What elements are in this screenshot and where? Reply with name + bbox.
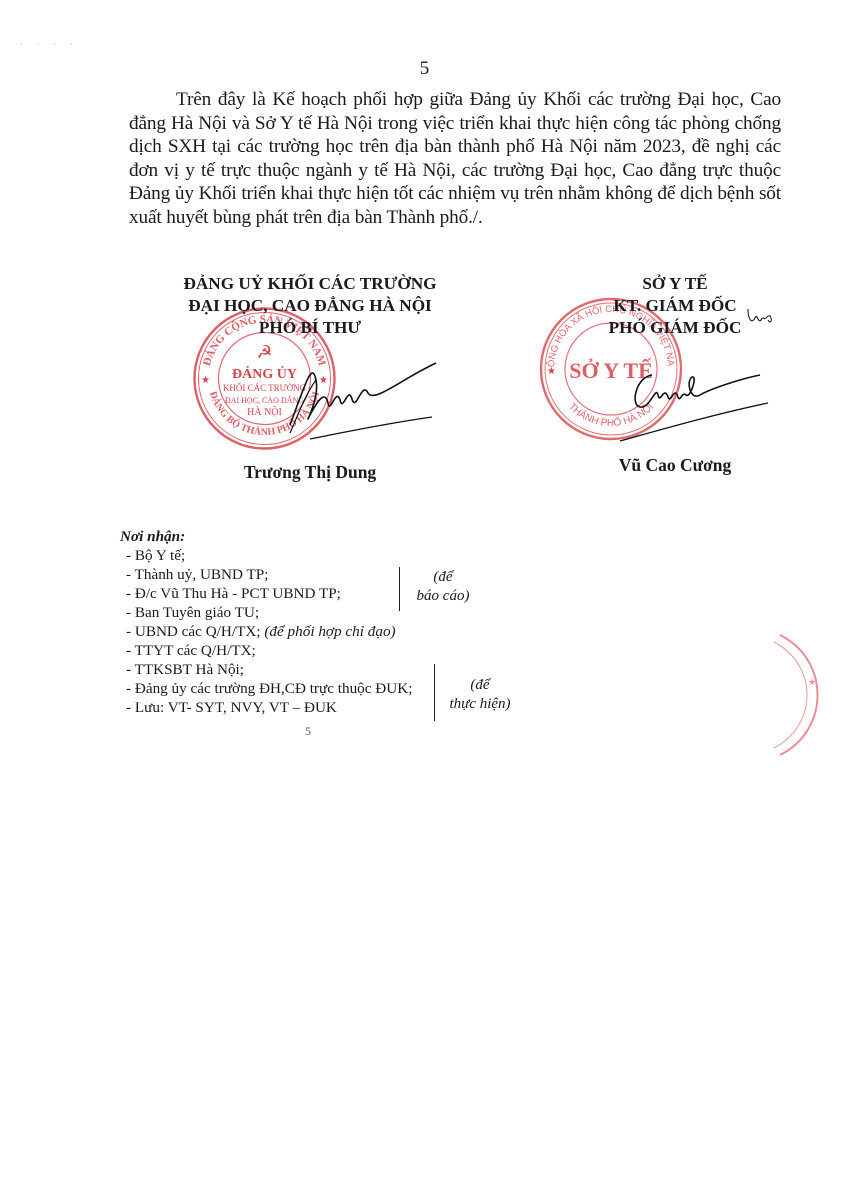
party-committee-signature-block: ĐẢNG UỶ KHỐI CÁC TRƯỜNG ĐẠI HỌC, CAO ĐẲN…	[140, 273, 480, 339]
recipient-item: - Bộ Y tế;	[120, 546, 412, 565]
recipient-item: - Đ/c Vũ Thu Hà - PCT UBND TP;	[120, 584, 412, 603]
group-note-implement: (để thực hiện)	[440, 676, 520, 714]
svg-text:★: ★	[201, 375, 210, 386]
recipient-item: - Thành uỷ, UBND TP;	[120, 565, 412, 584]
recipients-title: Nơi nhận:	[120, 527, 412, 546]
handwritten-signature-right	[600, 355, 770, 445]
handwritten-mark: 5	[305, 724, 311, 739]
handwritten-signature-left	[250, 355, 440, 445]
scan-specks: · · · ·	[20, 40, 79, 49]
recipient-item: - Đảng ủy các trường ĐH,CĐ trực thuộc ĐU…	[120, 679, 412, 698]
recipient-note: (để phối hợp chỉ đạo)	[264, 623, 395, 640]
svg-text:★: ★	[547, 366, 556, 377]
recipient-item: - TTYT các Q/H/TX;	[120, 641, 412, 660]
recipient-item: - UBND các Q/H/TX; (để phối hợp chỉ đạo)	[120, 622, 412, 641]
recipients-list: Nơi nhận: - Bộ Y tế; - Thành uỷ, UBND TP…	[120, 527, 412, 717]
group-note-report: (để báo cáo)	[408, 568, 478, 606]
signer-name-left: Trương Thị Dung	[140, 462, 480, 483]
signer-org-line2: ĐẠI HỌC, CAO ĐẲNG HÀ NỘI	[140, 295, 480, 317]
signer-position: PHÓ BÍ THƯ	[140, 317, 480, 339]
handwritten-initials	[746, 306, 776, 328]
signer-org-line1: ĐẢNG UỶ KHỐI CÁC TRƯỜNG	[140, 273, 480, 295]
partial-edge-stamp: ★	[770, 630, 849, 760]
group-bracket-implement	[434, 664, 435, 721]
recipient-item: - TTKSBT Hà Nội;	[120, 660, 412, 679]
closing-paragraph: Trên đây là Kế hoạch phối hợp giữa Đảng …	[129, 88, 781, 230]
svg-text:★: ★	[808, 677, 816, 687]
signer-name-right: Vũ Cao Cương	[560, 455, 790, 476]
recipient-item: - Lưu: VT- SYT, NVY, VT – ĐUK	[120, 698, 412, 717]
group-bracket-report	[399, 567, 400, 611]
page-number: 5	[0, 58, 849, 80]
recipient-item: - Ban Tuyên giáo TU;	[120, 603, 412, 622]
signer-org-line1: SỞ Y TẾ	[560, 273, 790, 295]
